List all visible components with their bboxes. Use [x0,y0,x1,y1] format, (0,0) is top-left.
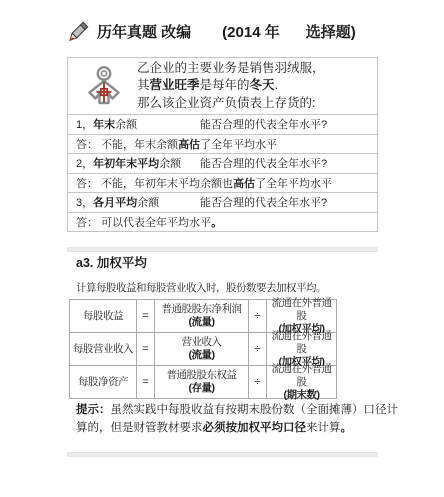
numerator-note: (流量) [189,349,215,362]
numerator-cell: 普通股股东权益 (存量) [155,366,249,399]
bottom-divider-bar [67,452,378,457]
numerator-text: 营业收入 [182,336,222,349]
qa-row-right-text: 能否合理的代表全年水平? [200,116,327,132]
scenario-cell: 乙企业的主要业务是销售羽绒服， 其营业旺季是每年的冬天. 那么该企业资产负债表上… [68,58,377,114]
equals-sign: = [137,333,155,366]
qa-row: 答： 不能，年初年末平均余额也高估了全年平均水平 [68,173,377,193]
scenario-line: 其营业旺季是每年的冬天. [137,77,325,95]
qa-row: 答： 可以代表全年平均水平。 [68,212,377,232]
section-heading: a3. 加权平均 [76,253,147,271]
scenario-text: 乙企业的主要业务是销售羽绒服， 其营业旺季是每年的冬天. 那么该企业资产负债表上… [137,60,325,113]
denominator-note: (期末数) [284,389,320,402]
qa-row-right-text: 能否合理的代表全年水平? [200,194,327,210]
formula-label-cell: 每股收益 [70,300,137,333]
equals-sign: = [137,300,155,333]
formula-label-cell: 每股营业收入 [70,333,137,366]
header-year: (2014 年 [222,21,280,42]
header-question-type: 选择题) [306,21,356,42]
qa-row-left-text: 3，各月平均余额 [76,194,200,210]
divide-sign: ÷ [249,300,267,333]
qa-row-right-text: 能否合理的代表全年水平? [200,155,327,171]
divide-sign: ÷ [249,366,267,399]
qa-row-left-text: 答： 不能，年末余额高估了全年平均水平 [76,136,277,152]
qa-row: 3，各月平均余额 能否合理的代表全年水平? [68,192,377,212]
numerator-cell: 普通股股东净利润 (流量) [155,300,249,333]
denominator-cell: 流通在外普通股 (加权平均) [267,300,337,333]
scenario-line: 那么该企业资产负债表上存货的: [137,95,325,113]
qa-row-left-text: 1，年末余额 [76,116,200,132]
section-intro: 计算每股收益和每股营业收入时，股份数要去加权平均。 [76,280,326,295]
scenario-qa-box: 乙企业的主要业务是销售羽绒服， 其营业旺季是每年的冬天. 那么该企业资产负债表上… [67,57,378,232]
header-title: 历年真题 改编 [97,21,191,42]
section-divider-bar [67,247,378,252]
qa-row: 1，年末余额 能否合理的代表全年水平? [68,114,377,134]
numerator-text: 普通股股东净利润 [162,303,242,316]
numerator-cell: 营业收入 (流量) [155,333,249,366]
header: 历年真题 改编 (2014 年 选择题) [68,20,356,42]
numerator-note: (流量) [189,316,215,329]
denominator-text: 流通在外普通股 [267,297,336,323]
qa-row: 答： 不能，年末余额高估了全年平均水平 [68,134,377,154]
scenario-line: 乙企业的主要业务是销售羽绒服， [137,60,325,78]
denominator-text: 流通在外普通股 [267,330,336,356]
divide-sign: ÷ [249,333,267,366]
equals-sign: = [137,366,155,399]
person-target-icon [82,64,126,108]
hint-text: 提示：虽然实践中每股收益有按期末股份数（全面摊薄）口径计算的，但是财管教材要求必… [76,402,408,437]
qa-row-left-text: 2，年初年末平均余额 [76,155,200,171]
qa-rows: 1，年末余额 能否合理的代表全年水平? 答： 不能，年末余额高估了全年平均水平 … [68,114,377,231]
formula-table: 每股收益 = 普通股股东净利润 (流量) ÷ 流通在外普通股 (加权平均) 每股… [69,299,337,399]
formula-label-cell: 每股净资产 [70,366,137,399]
numerator-text: 普通股股东权益 [167,369,237,382]
qa-row: 2，年初年末平均余额 能否合理的代表全年水平? [68,153,377,173]
page: 历年真题 改编 (2014 年 选择题) 乙企业的主要业务是销售羽绒服， [0,0,444,497]
qa-row-left-text: 答： 可以代表全年平均水平。 [76,214,222,230]
denominator-cell: 流通在外普通股 (加权平均) [267,333,337,366]
qa-row-left-text: 答： 不能，年初年末平均余额也高估了全年平均水平 [76,175,332,191]
denominator-cell: 流通在外普通股 (期末数) [267,366,337,399]
pencil-icon [68,20,90,42]
denominator-text: 流通在外普通股 [267,363,336,389]
numerator-note: (存量) [189,382,215,395]
